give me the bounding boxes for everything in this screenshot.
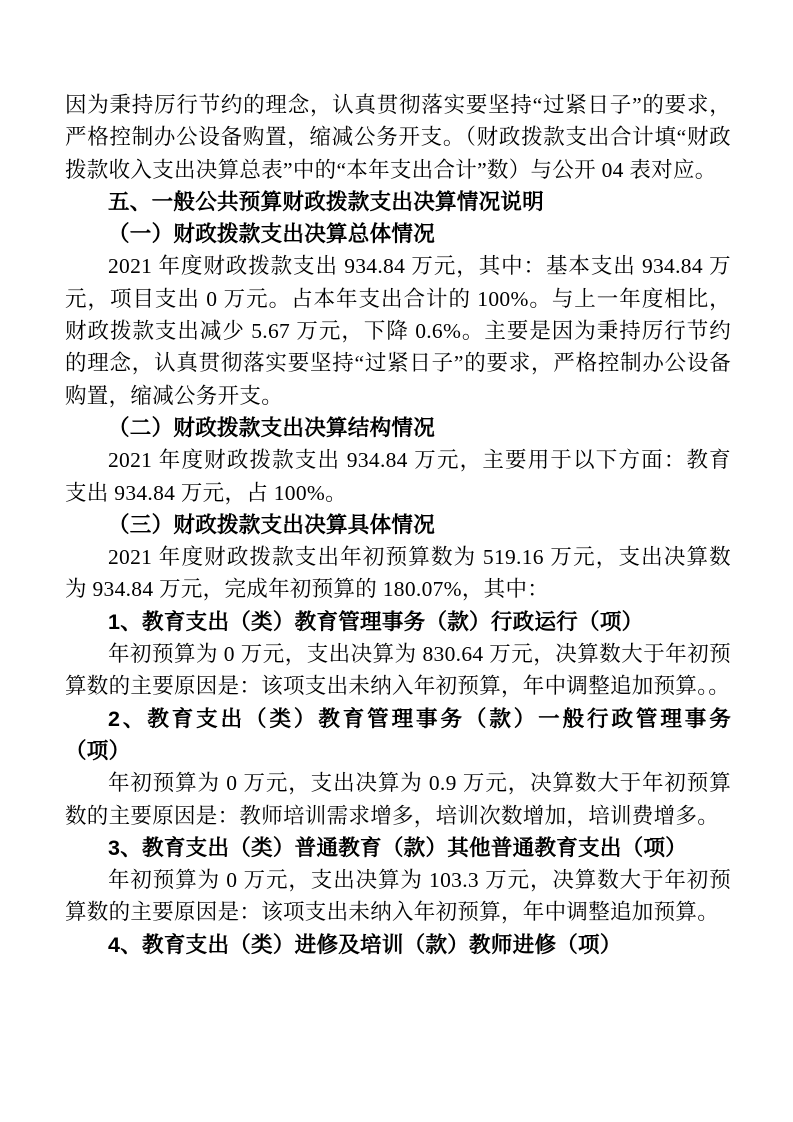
heading-5-1-overall: （一）财政拨款支出决算总体情况: [65, 218, 731, 250]
paragraph-carryover: 因为秉持厉行节约的理念，认真贯彻落实要坚持“过紧日子”的要求，严格控制办公设备购…: [65, 89, 731, 186]
paragraph-overall-situation: 2021 年度财政拨款支出 934.84 万元，其中：基本支出 934.84 万…: [65, 250, 731, 411]
heading-item-4: 4、教育支出（类）进修及培训（款）教师进修（项）: [65, 929, 731, 961]
heading-section-5: 五、一般公共预算财政拨款支出决算情况说明: [65, 186, 731, 218]
heading-5-2-structure: （二）财政拨款支出决算结构情况: [65, 412, 731, 444]
paragraph-specific-situation: 2021 年度财政拨款支出年初预算数为 519.16 万元，支出决算数为 934…: [65, 541, 731, 606]
heading-5-3-specific: （三）财政拨款支出决算具体情况: [65, 509, 731, 541]
heading-item-2-line-2: （项）: [65, 735, 731, 767]
document-page: 因为秉持厉行节约的理念，认真贯彻落实要坚持“过紧日子”的要求，严格控制办公设备购…: [65, 89, 731, 961]
paragraph-item-1: 年初预算为 0 万元，支出决算为 830.64 万元，决算数大于年初预算数的主要…: [65, 638, 731, 703]
heading-item-2-line-1: 2、教育支出（类）教育管理事务（款）一般行政管理事务: [65, 703, 731, 735]
heading-item-3: 3、教育支出（类）普通教育（款）其他普通教育支出（项）: [65, 832, 731, 864]
paragraph-item-2: 年初预算为 0 万元，支出决算为 0.9 万元，决算数大于年初预算数的主要原因是…: [65, 767, 731, 832]
paragraph-structure-situation: 2021 年度财政拨款支出 934.84 万元，主要用于以下方面：教育支出 93…: [65, 444, 731, 509]
heading-item-1: 1、教育支出（类）教育管理事务（款）行政运行（项）: [65, 606, 731, 638]
paragraph-item-3: 年初预算为 0 万元，支出决算为 103.3 万元，决算数大于年初预算数的主要原…: [65, 864, 731, 929]
